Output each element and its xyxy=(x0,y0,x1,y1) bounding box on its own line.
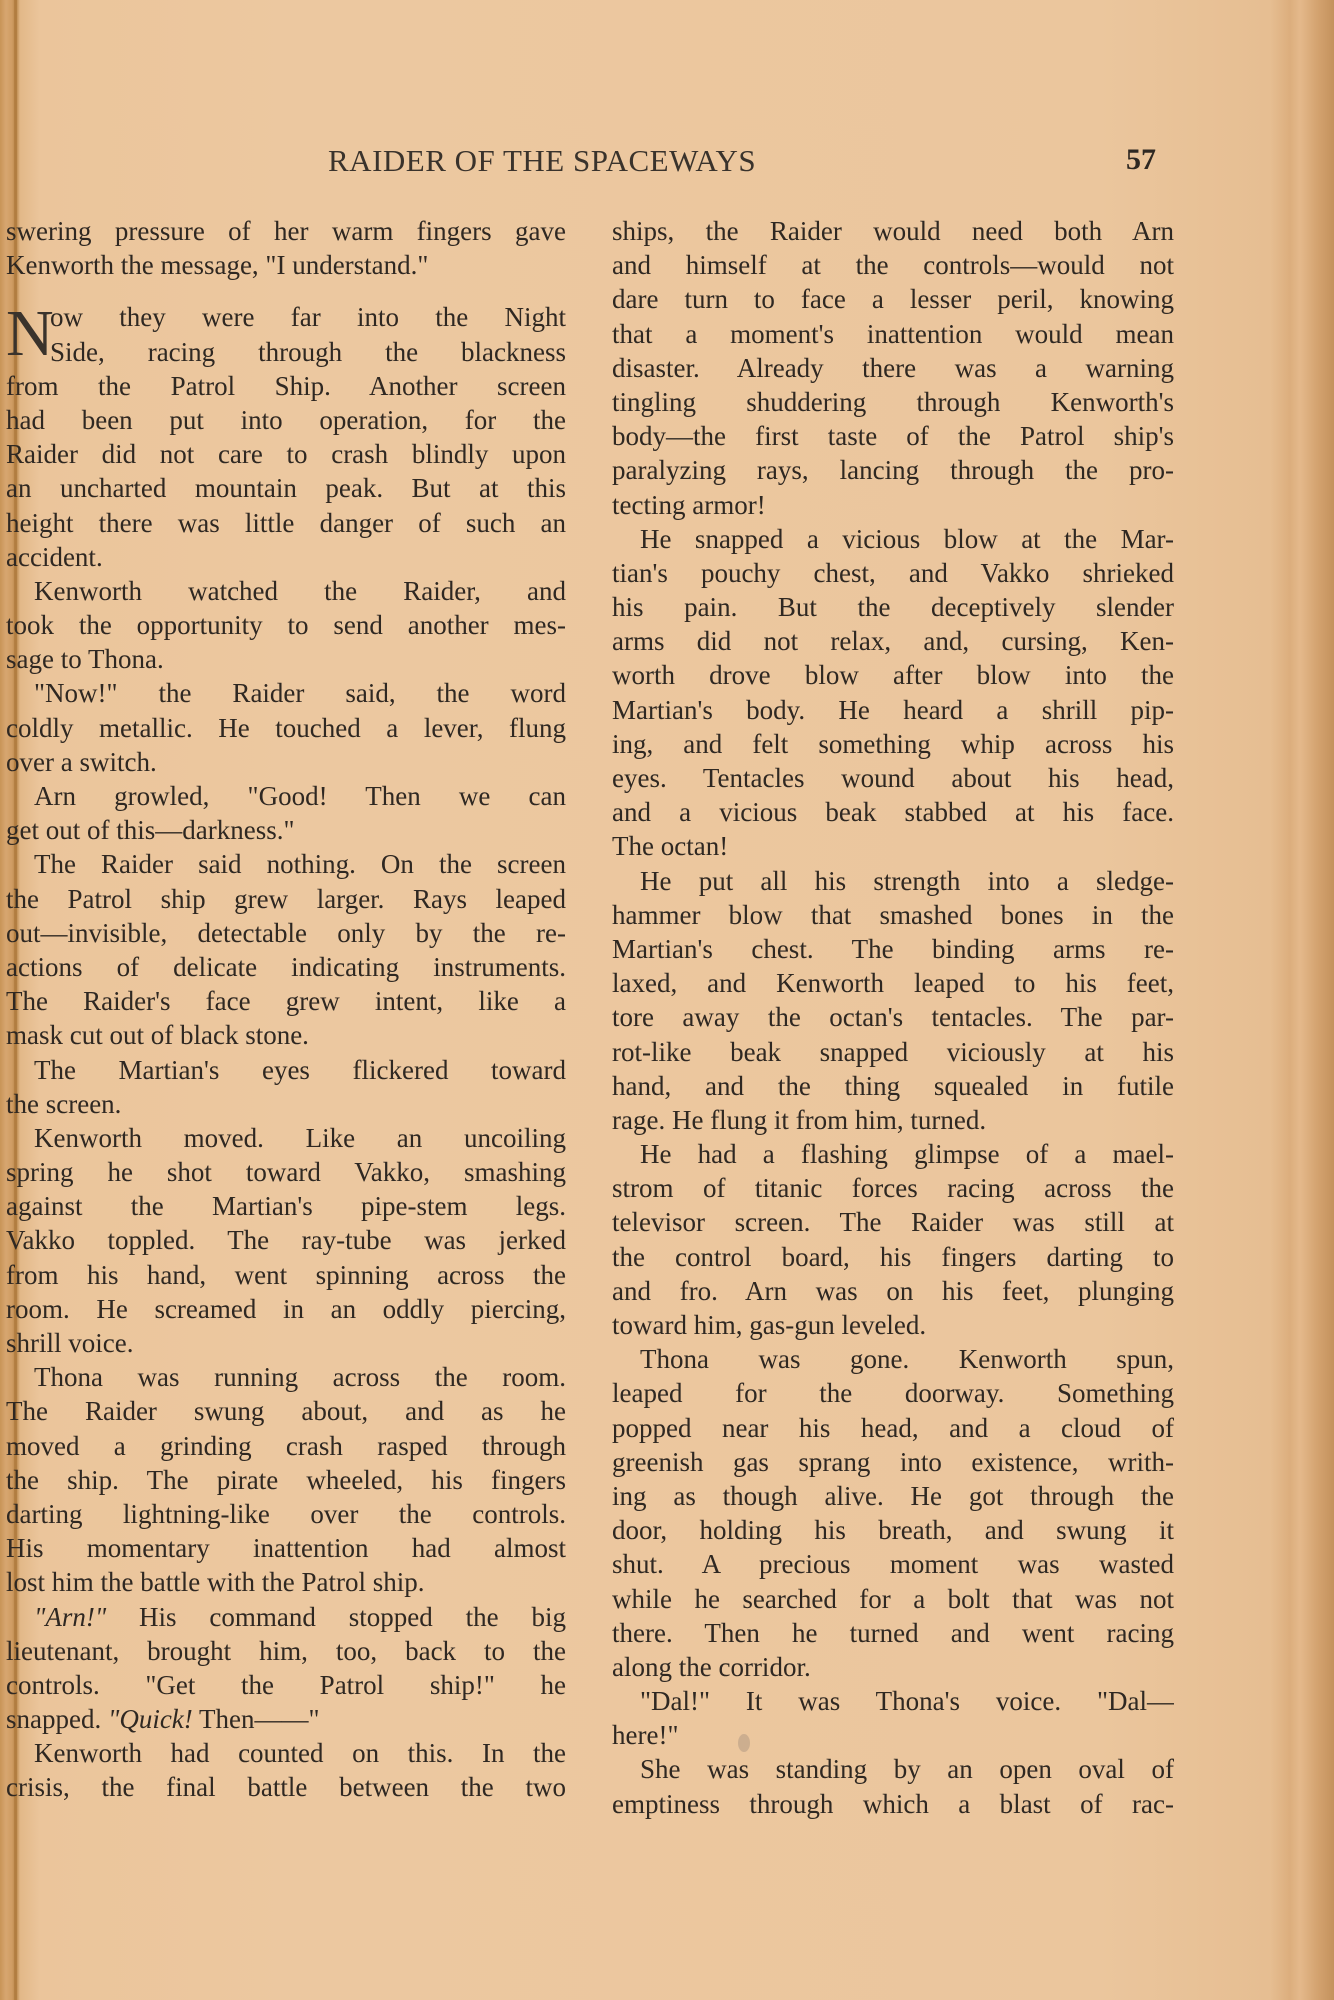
text-line: sage to Thona. xyxy=(6,642,566,676)
text-line: ing as though alive. He got through the xyxy=(612,1479,1174,1513)
running-head: RAIDER OF THE SPACEWAYS 57 xyxy=(0,143,1334,183)
text-line: He had a flashing glimpse of a mael- xyxy=(612,1137,1174,1171)
text-line: spring he shot toward Vakko, smashing xyxy=(6,1155,566,1189)
text-line: Kenworth the message, "I understand." xyxy=(6,248,566,282)
text-line: greenish gas sprang into existence, writ… xyxy=(612,1445,1174,1479)
text-line: room. He screamed in an oddly piercing, xyxy=(6,1292,566,1326)
text-segment: snapped. xyxy=(6,1704,108,1734)
text-line: crisis, the final battle between the two xyxy=(6,1770,566,1804)
text-line: get out of this—darkness." xyxy=(6,813,566,847)
text-line: Vakko toppled. The ray-tube was jerked xyxy=(6,1223,566,1257)
text-line: and fro. Arn was on his feet, plunging xyxy=(612,1274,1174,1308)
text-line: Kenworth moved. Like an uncoiling xyxy=(6,1121,566,1155)
text-line: The Raider said nothing. On the screen xyxy=(6,847,566,881)
text-segment: Then——" xyxy=(193,1704,320,1734)
text-line: coldly metallic. He touched a lever, flu… xyxy=(6,711,566,745)
text-segment: His command stopped the big xyxy=(106,1602,566,1632)
text-line: lost him the battle with the Patrol ship… xyxy=(6,1565,566,1599)
text-line: emptiness through which a blast of rac- xyxy=(612,1787,1174,1821)
text-line: that a moment's inattention would mean xyxy=(612,317,1174,351)
text-line: there. Then he turned and went racing xyxy=(612,1616,1174,1650)
text-line: The Raider swung about, and as he xyxy=(6,1394,566,1428)
text-line: along the corridor. xyxy=(612,1650,1174,1684)
text-line: The octan! xyxy=(612,829,1174,863)
text-line: strom of titanic forces racing across th… xyxy=(612,1171,1174,1205)
text-line: rage. He flung it from him, turned. xyxy=(612,1103,1174,1137)
text-line: had been put into operation, for the xyxy=(6,403,566,437)
text-line: Martian's chest. The binding arms re- xyxy=(612,932,1174,966)
text-line: The Raider's face grew intent, like a xyxy=(6,984,566,1018)
text-line: the ship. The pirate wheeled, his finger… xyxy=(6,1463,566,1497)
book-page: RAIDER OF THE SPACEWAYS 57 swering press… xyxy=(0,0,1334,2000)
text-line: controls. "Get the Patrol ship!" he xyxy=(6,1668,566,1702)
text-line: shrill voice. xyxy=(6,1326,566,1360)
text-line: He snapped a vicious blow at the Mar- xyxy=(612,522,1174,556)
text-line: worth drove blow after blow into the xyxy=(612,658,1174,692)
text-line: laxed, and Kenworth leaped to his feet, xyxy=(612,966,1174,1000)
text-line: ships, the Raider would need both Arn xyxy=(612,214,1174,248)
text-line: tore away the octan's tentacles. The par… xyxy=(612,1000,1174,1034)
text-line: She was standing by an open oval of xyxy=(612,1752,1174,1786)
text-line: Raider did not care to crash blindly upo… xyxy=(6,437,566,471)
text-line: the Patrol ship grew larger. Rays leaped xyxy=(6,882,566,916)
section-opening-paragraph: N ow they were far into the Night Side, … xyxy=(6,300,566,368)
text-line: "Now!" the Raider said, the word xyxy=(6,676,566,710)
running-title: RAIDER OF THE SPACEWAYS xyxy=(328,143,756,179)
text-line: tecting armor! xyxy=(612,488,1174,522)
text-line: leaped for the doorway. Something xyxy=(612,1376,1174,1410)
text-line: "Dal!" It was Thona's voice. "Dal— xyxy=(612,1684,1174,1718)
text-line: and himself at the controls—would not xyxy=(612,248,1174,282)
text-line: Thona was gone. Kenworth spun, xyxy=(612,1342,1174,1376)
drop-cap: N xyxy=(6,304,54,364)
italic-text: "Arn!" xyxy=(34,1602,106,1632)
text-line: Side, racing through the blackness xyxy=(6,335,566,369)
text-line: paralyzing rays, lancing through the pro… xyxy=(612,453,1174,487)
left-column: swering pressure of her warm fingers gav… xyxy=(6,214,566,1805)
text-line: accident. xyxy=(6,540,566,574)
text-line: shut. A precious moment was wasted xyxy=(612,1547,1174,1581)
text-line: the screen. xyxy=(6,1087,566,1121)
text-line: from the Patrol Ship. Another screen xyxy=(6,369,566,403)
text-line: tian's pouchy chest, and Vakko shrieked xyxy=(612,556,1174,590)
text-line: Kenworth watched the Raider, and xyxy=(6,574,566,608)
text-line: the control board, his fingers darting t… xyxy=(612,1240,1174,1274)
text-line: snapped. "Quick! Then——" xyxy=(6,1702,566,1736)
text-line: Arn growled, "Good! Then we can xyxy=(6,779,566,813)
text-line: here!" xyxy=(612,1718,1174,1752)
section-break xyxy=(6,282,566,300)
text-line: hand, and the thing squealed in futile xyxy=(612,1069,1174,1103)
text-line: He put all his strength into a sledge- xyxy=(612,864,1174,898)
text-line: The Martian's eyes flickered toward xyxy=(6,1053,566,1087)
text-line: swering pressure of her warm fingers gav… xyxy=(6,214,566,248)
text-line: ow they were far into the Night xyxy=(6,300,566,334)
text-line: toward him, gas-gun leveled. xyxy=(612,1308,1174,1342)
text-line: out—invisible, detectable only by the re… xyxy=(6,916,566,950)
text-line: his pain. But the deceptively slender xyxy=(612,590,1174,624)
text-line: eyes. Tentacles wound about his head, xyxy=(612,761,1174,795)
text-line: mask cut out of black stone. xyxy=(6,1018,566,1052)
text-line: televisor screen. The Raider was still a… xyxy=(612,1205,1174,1239)
text-line: an uncharted mountain peak. But at this xyxy=(6,471,566,505)
text-line: dare turn to face a lesser peril, knowin… xyxy=(612,282,1174,316)
text-line: lieutenant, brought him, too, back to th… xyxy=(6,1634,566,1668)
text-line: Thona was running across the room. xyxy=(6,1360,566,1394)
text-line: and a vicious beak stabbed at his face. xyxy=(612,795,1174,829)
text-line: moved a grinding crash rasped through xyxy=(6,1429,566,1463)
text-line: hammer blow that smashed bones in the xyxy=(612,898,1174,932)
text-line: arms did not relax, and, cursing, Ken- xyxy=(612,624,1174,658)
ink-smudge xyxy=(738,1734,750,1752)
text-line: His momentary inattention had almost xyxy=(6,1531,566,1565)
text-line: height there was little danger of such a… xyxy=(6,506,566,540)
text-line: while he searched for a bolt that was no… xyxy=(612,1582,1174,1616)
text-line: against the Martian's pipe-stem legs. xyxy=(6,1189,566,1223)
text-line: disaster. Already there was a warning xyxy=(612,351,1174,385)
text-line: took the opportunity to send another mes… xyxy=(6,608,566,642)
text-line: door, holding his breath, and swung it xyxy=(612,1513,1174,1547)
text-line: popped near his head, and a cloud of xyxy=(612,1411,1174,1445)
italic-text: "Quick! xyxy=(108,1704,193,1734)
text-line: Martian's body. He heard a shrill pip- xyxy=(612,693,1174,727)
text-line: over a switch. xyxy=(6,745,566,779)
right-column: ships, the Raider would need both Arn an… xyxy=(612,214,1174,1821)
text-line: rot-like beak snapped viciously at his xyxy=(612,1035,1174,1069)
text-line: actions of delicate indicating instrumen… xyxy=(6,950,566,984)
text-line: body—the first taste of the Patrol ship'… xyxy=(612,419,1174,453)
text-line: ing, and felt something whip across his xyxy=(612,727,1174,761)
text-line: "Arn!" His command stopped the big xyxy=(6,1600,566,1634)
page-number: 57 xyxy=(1126,143,1156,177)
text-line: from his hand, went spinning across the xyxy=(6,1258,566,1292)
text-line: darting lightning-like over the controls… xyxy=(6,1497,566,1531)
text-line: Kenworth had counted on this. In the xyxy=(6,1736,566,1770)
text-line: tingling shuddering through Kenworth's xyxy=(612,385,1174,419)
